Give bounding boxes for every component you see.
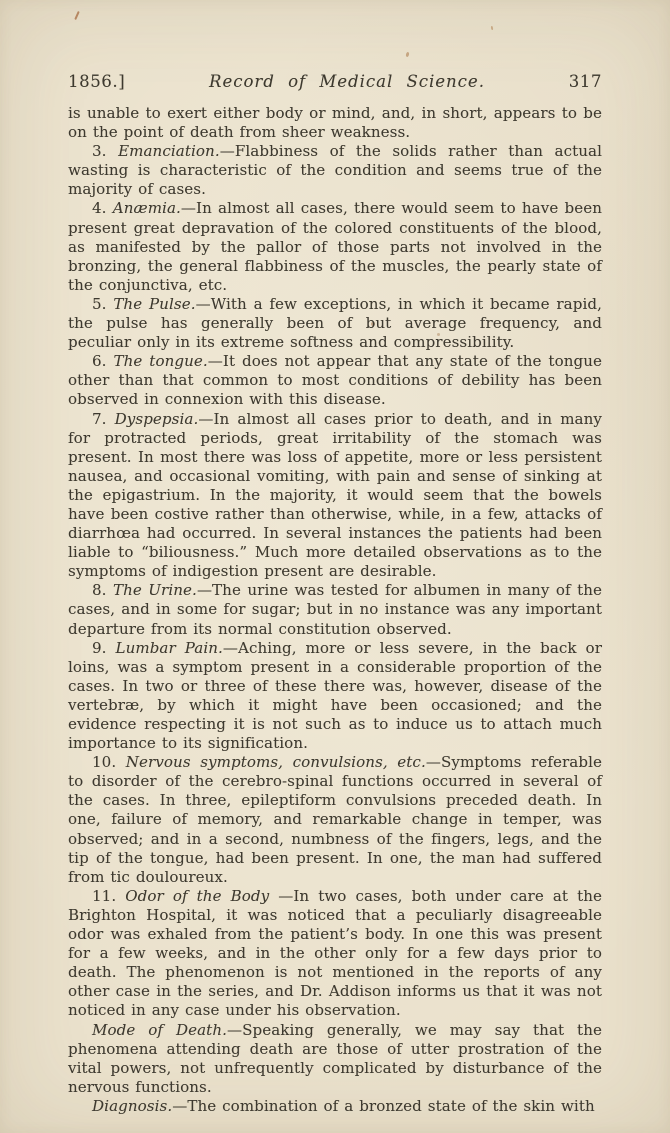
paragraph-lead: Diagnosis.: [92, 1097, 172, 1115]
header-year: 1856.]: [68, 72, 125, 91]
paragraph-number: 5.: [92, 295, 107, 313]
paragraph-lead: The Urine.: [113, 581, 197, 599]
paragraph-lead: Odor of the Body: [125, 887, 269, 905]
paragraph-body: —In almost all cases prior to death, and…: [68, 410, 602, 581]
paragraph-body: —The combination of a bronzed state of t…: [172, 1097, 595, 1115]
paragraph-emanciation: 3. Emanciation.—Flabbiness of the solids…: [68, 142, 602, 199]
paragraph-number: 3.: [92, 142, 107, 160]
paragraph-number: 6.: [92, 352, 107, 370]
paragraph-urine: 8. The Urine.—The urine was tested for a…: [68, 581, 602, 638]
paragraph-lead: Dyspepsia.: [115, 410, 199, 428]
paragraph-body: —Symptoms referable to disorder of the c…: [68, 753, 602, 886]
paragraph-mode-of-death: Mode of Death.—Speaking generally, we ma…: [68, 1021, 602, 1097]
paragraph-number: 10.: [92, 753, 116, 771]
paragraph-dyspepsia: 7. Dyspepsia.—In almost all cases prior …: [68, 410, 602, 582]
header-page-number: 317: [569, 72, 602, 91]
paper-fiber-mark: [74, 11, 79, 20]
paragraph-lead: The tongue.: [113, 352, 207, 370]
paragraph-lead: Nervous symptoms, convulsions, etc.: [126, 753, 426, 771]
book-page: 1856.] Record of Medical Science. 317 is…: [0, 0, 670, 1133]
paragraph-pulse: 5. The Pulse.—With a few exceptions, in …: [68, 295, 602, 352]
paragraph-lead: Anæmia.: [113, 199, 181, 217]
paragraph-lead: Lumbar Pain.: [116, 639, 223, 657]
page-text-column: is unable to exert either body or mind, …: [68, 104, 602, 1116]
paper-speck: [491, 26, 494, 30]
header-journal-title: Record of Medical Science.: [209, 72, 485, 91]
paragraph-number: 9.: [92, 639, 107, 657]
paragraph-tongue: 6. The tongue.—It does not appear that a…: [68, 352, 602, 409]
paragraph-nervous-symptoms: 10. Nervous symptoms, convulsions, etc.—…: [68, 753, 602, 887]
paragraph-anaemia: 4. Anæmia.—In almost all cases, there wo…: [68, 199, 602, 294]
paragraph-odor-of-body: 11. Odor of the Body —In two cases, both…: [68, 887, 602, 1021]
paragraph-number: 7.: [92, 410, 107, 428]
paragraph-number: 8.: [92, 581, 107, 599]
paragraph-lead: The Pulse.: [113, 295, 195, 313]
paragraph-body: —In two cases, both under care at the Br…: [68, 887, 602, 1020]
paragraph-lead: Emanciation.: [118, 142, 220, 160]
paragraph-number: 4.: [92, 199, 107, 217]
running-head: 1856.] Record of Medical Science. 317: [68, 72, 602, 91]
paragraph-body: is unable to exert either body or mind, …: [68, 104, 602, 141]
paragraph-lead: Mode of Death.: [92, 1021, 227, 1039]
paper-speck: [405, 52, 409, 58]
paragraph-diagnosis: Diagnosis.—The combination of a bronzed …: [68, 1097, 602, 1116]
paragraph-number: 11.: [92, 887, 116, 905]
paragraph-lumbar-pain: 9. Lumbar Pain.—Aching, more or less sev…: [68, 639, 602, 754]
paragraph-continuation: is unable to exert either body or mind, …: [68, 104, 602, 142]
